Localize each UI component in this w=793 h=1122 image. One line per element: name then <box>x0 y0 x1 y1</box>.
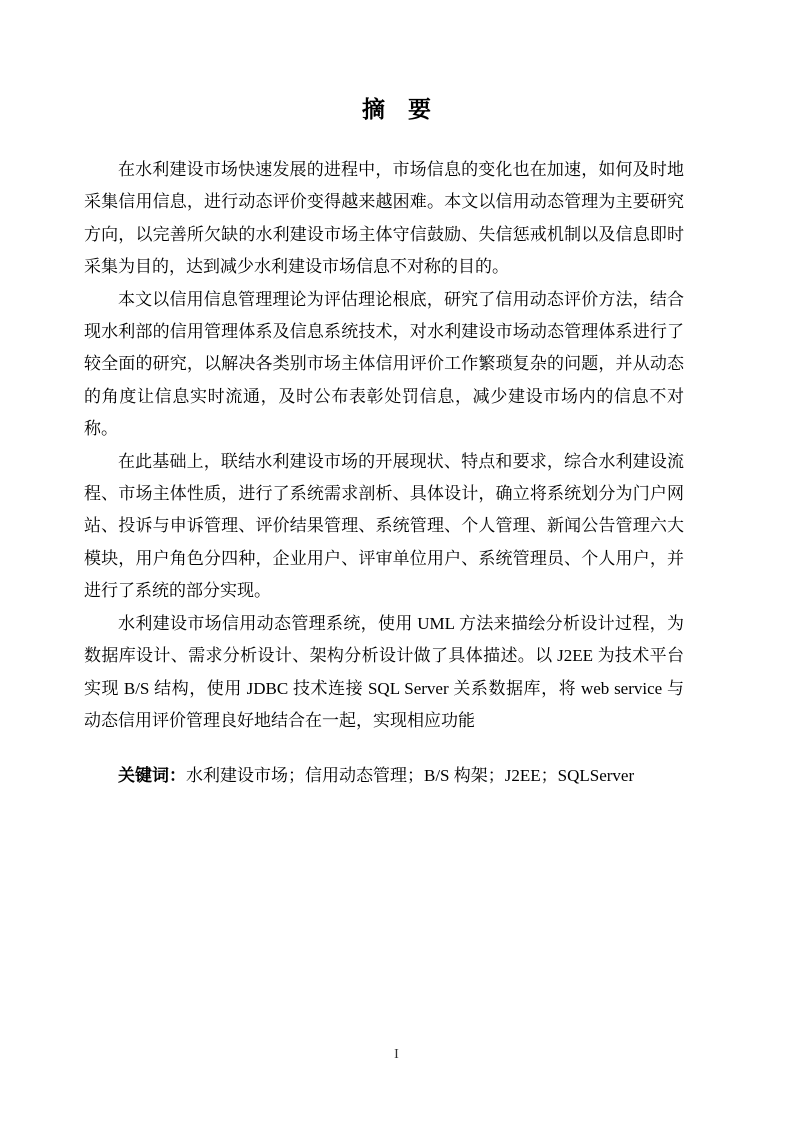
keywords-line: 关键词：水利建设市场；信用动态管理；B/S 构架；J2EE；SQLServer <box>84 760 684 792</box>
keywords-text: 水利建设市场；信用动态管理；B/S 构架；J2EE；SQLServer <box>186 766 634 785</box>
page-number: I <box>0 1046 793 1064</box>
document-page: 摘 要 在水利建设市场快速发展的进程中，市场信息的变化也在加速，如何及时地采集信… <box>0 0 793 1122</box>
abstract-paragraph: 本文以信用信息管理理论为评估理论根底，研究了信用动态评价方法，结合现水利部的信用… <box>84 284 684 446</box>
abstract-paragraph: 水利建设市场信用动态管理系统，使用 UML 方法来描绘分析设计过程，为数据库设计… <box>84 608 684 738</box>
abstract-body: 在水利建设市场快速发展的进程中，市场信息的变化也在加速，如何及时地采集信用信息，… <box>84 154 684 793</box>
abstract-paragraph: 在此基础上，联结水利建设市场的开展现状、特点和要求，综合水利建设流程、市场主体性… <box>84 446 684 608</box>
page-title: 摘 要 <box>0 0 793 126</box>
keywords-label: 关键词： <box>118 766 186 785</box>
abstract-paragraph: 在水利建设市场快速发展的进程中，市场信息的变化也在加速，如何及时地采集信用信息，… <box>84 154 684 284</box>
